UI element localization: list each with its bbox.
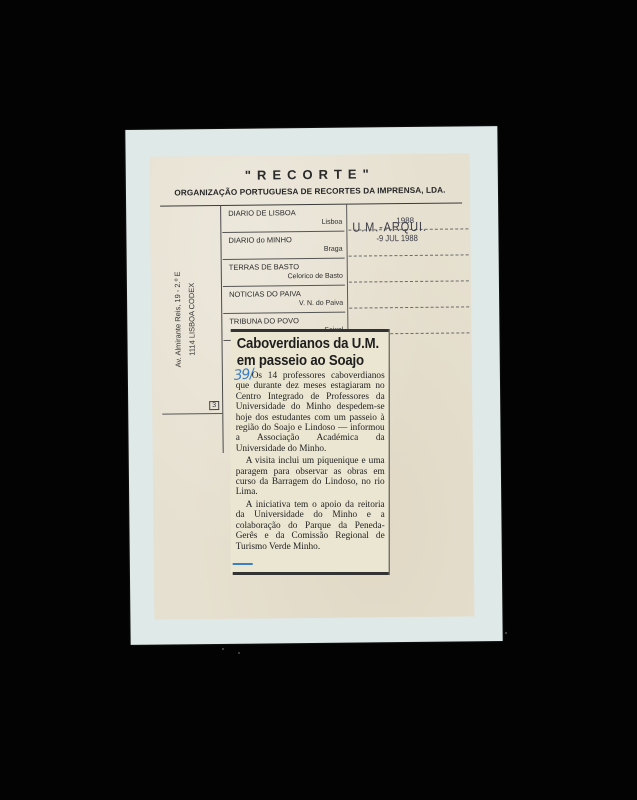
publication-city: Braga — [324, 246, 343, 253]
date-line — [349, 254, 469, 256]
clipping-top-rule — [231, 329, 389, 332]
stamp-date: -9 JUL 1988 — [376, 233, 418, 243]
blue-pen-mark — [233, 563, 253, 565]
publication-city: Celorico de Basto — [288, 273, 343, 281]
scan-speck — [238, 652, 240, 654]
publication-city: Lisboa — [322, 219, 343, 226]
publication-name: TERRAS DE BASTO — [229, 262, 299, 272]
scan-speck — [222, 648, 224, 650]
scan-speck — [505, 632, 507, 634]
publication-row: DIARIO do MINHO Braga — [222, 232, 344, 260]
clipping-card: "RECORTE" ORGANIZAÇÃO PORTUGUESA DE RECO… — [150, 153, 475, 619]
agency-organization: ORGANIZAÇÃO PORTUGUESA DE RECORTES DA IM… — [150, 185, 470, 197]
newspaper-clipping: Caboverdianos da U.M. em passeio ao Soaj… — [231, 329, 390, 575]
left-rule — [162, 413, 222, 415]
column-divider-middle — [346, 204, 348, 334]
clipping-headline: Caboverdianos da U.M. em passeio ao Soaj… — [237, 335, 388, 369]
agency-address: Av. Almirante Reis, 19 - 2.º E 1114 LISB… — [165, 244, 207, 394]
clipping-paragraph: Os 14 professores caboverdianos que dura… — [236, 371, 385, 454]
publication-row: DIARIO DE LISBOA Lisboa — [222, 205, 344, 233]
agency-brand: "RECORTE" — [150, 165, 470, 183]
date-line — [349, 280, 469, 282]
clipping-paragraph: A visita inclui um piquenique e uma para… — [236, 456, 385, 498]
publication-name: DIARIO do MINHO — [228, 235, 291, 245]
publication-name: DIARIO DE LISBOA — [228, 208, 296, 218]
page-marker: 3 — [209, 401, 219, 410]
address-city: 1114 LISBOA CODEX — [185, 271, 200, 367]
publication-row: NOTICIAS DO PAIVA V. N. do Paiva — [223, 286, 345, 314]
publication-city: V. N. do Paiva — [299, 300, 343, 307]
publication-name: NOTICIAS DO PAIVA — [229, 289, 301, 299]
mounting-sheet: "RECORTE" ORGANIZAÇÃO PORTUGUESA DE RECO… — [125, 126, 502, 645]
clipping-body: Os 14 professores caboverdianos que dura… — [236, 371, 385, 554]
publication-row: TERRAS DE BASTO Celorico de Basto — [223, 259, 345, 287]
stamp-year: 1988 — [396, 216, 414, 225]
archive-date-stamp: U.M.-ARQUI. 1988 -9 JUL 1988 — [350, 217, 450, 248]
address-street: Av. Almirante Reis, 19 - 2.º E — [171, 271, 186, 367]
clipping-bottom-rule — [233, 572, 389, 575]
date-line — [349, 306, 469, 308]
clipping-paragraph: A iniciativa tem o apoio da reitoria da … — [236, 500, 385, 552]
publication-name: TRIBUNA DO POVO — [229, 316, 299, 326]
